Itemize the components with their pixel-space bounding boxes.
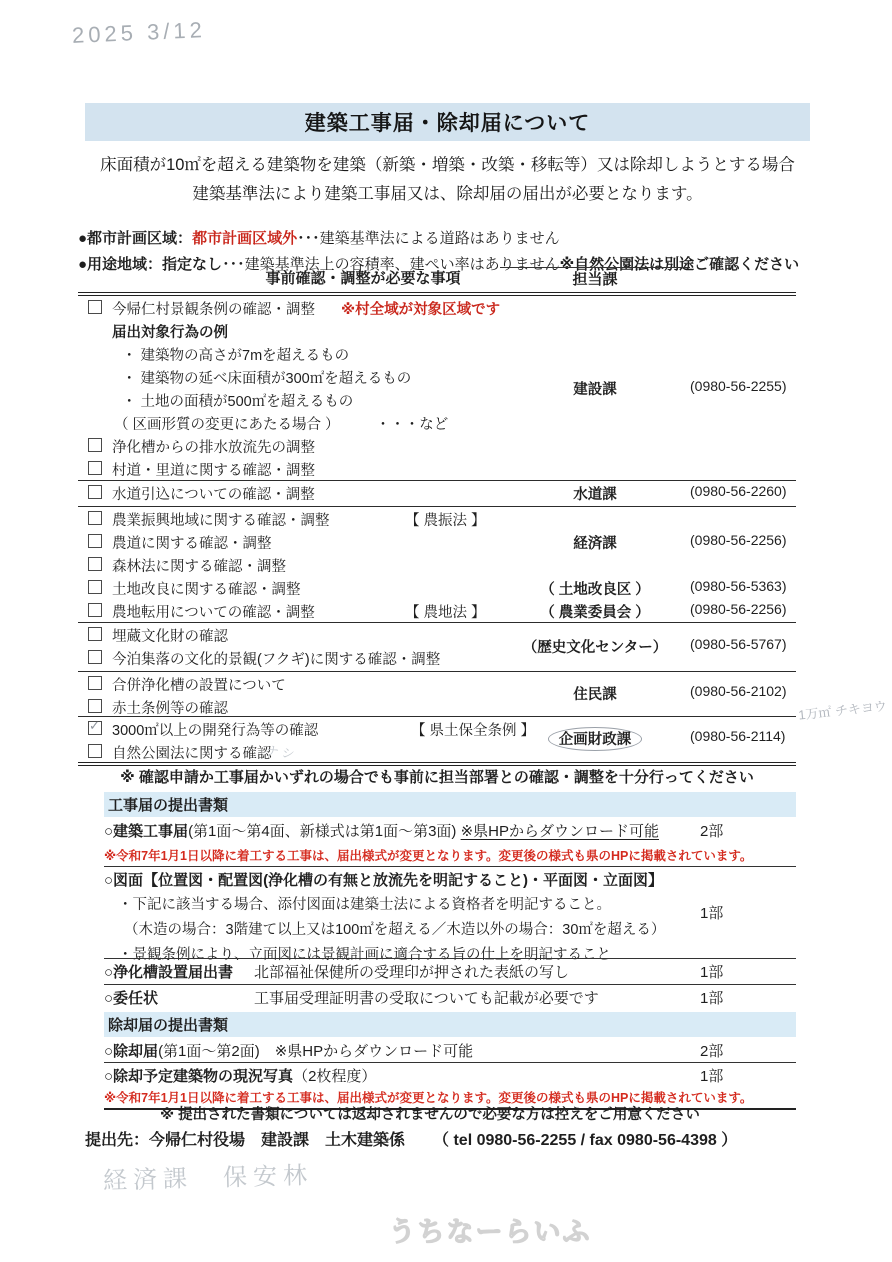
checkbox-empty bbox=[88, 650, 102, 664]
checklist-row: ・ 建築物の高さが7mを超えるもの bbox=[78, 342, 796, 365]
zoning-line-1: ●都市計画区域：都市計画区域外･･･建築基準法による道路はありません bbox=[78, 226, 818, 252]
checklist-section-rekishi: 埋蔵文化財の確認 今泊集落の文化的景観(フクギ)に関する確認・調整 （歴史文化セ… bbox=[78, 622, 796, 671]
title-band: 建築工事届・除却届について bbox=[85, 103, 810, 141]
dept-phone: (0980-56-2102) bbox=[690, 683, 796, 699]
dept-phone: (0980-56-5767) bbox=[690, 636, 796, 652]
dept-phone: (0980-56-2260) bbox=[690, 483, 796, 499]
return-note: ※ 提出された書類については返却されませんので必要な方は控えをご用意ください bbox=[160, 1103, 860, 1124]
divider bbox=[104, 984, 796, 985]
checkbox-empty bbox=[88, 676, 102, 690]
dept-name: （ 土地改良区 ） bbox=[500, 578, 690, 599]
checklist-table: 今帰仁村景観条例の確認・調整※村全域が対象区域です 届出対象行為の例 ・ 建築物… bbox=[78, 296, 796, 766]
checklist-section-kikaku: ✓ 3000㎡以上の開発行為等の確認 【 県土保全条例 】 自然公園法に関する確… bbox=[78, 716, 796, 762]
construction-docs-heading: 工事届の提出書類 bbox=[104, 794, 228, 815]
handwritten-date: 2025 3/12 bbox=[71, 17, 206, 49]
doc-row-zumen: ○図面【位置図・配置図(浄化槽の有無と放流先を明記すること)・平面図・立面図】 … bbox=[104, 869, 796, 964]
checklist-row: 届出対象行為の例 bbox=[78, 319, 796, 342]
checkbox-checked: ✓ bbox=[88, 721, 102, 735]
checklist-row: 水道引込についての確認・調整 水道課 (0980-56-2260) bbox=[78, 481, 796, 504]
dept-name: （ 農業委員会 ） bbox=[500, 601, 690, 622]
checkbox-empty bbox=[88, 461, 102, 475]
checkbox-empty bbox=[88, 699, 102, 713]
checklist-row: 森林法に関する確認・調整 bbox=[78, 553, 796, 576]
handwritten-bottom-note: 経済課 保安林 bbox=[103, 1155, 314, 1195]
dept-name: （歴史文化センター） bbox=[482, 636, 708, 657]
pencil-check: ✓ bbox=[89, 718, 100, 734]
doc-row-koujitodoke: ○建築工事届(第1面～第4面、新様式は第1面～第3面) ※県HPからダウンロード… bbox=[104, 820, 796, 841]
dept-name: 経済課 bbox=[500, 532, 690, 553]
dept-phone: (0980-56-2256) bbox=[690, 532, 796, 548]
checkbox-empty bbox=[88, 557, 102, 571]
checklist-row: 土地改良に関する確認・調整 （ 土地改良区 ） (0980-56-5363) bbox=[78, 576, 796, 599]
page-title: 建築工事届・除却届について bbox=[305, 107, 591, 137]
dept-phone: (0980-56-2255) bbox=[690, 378, 796, 394]
handwritten-side-note: 1万㎡ チキヨウ bbox=[797, 695, 887, 723]
checklist-section-kensetsu: 今帰仁村景観条例の確認・調整※村全域が対象区域です 届出対象行為の例 ・ 建築物… bbox=[78, 296, 796, 480]
divider bbox=[104, 958, 796, 959]
law-reference: 【 農振法 】 bbox=[405, 509, 486, 530]
dept-phone: (0980-56-2256) bbox=[690, 601, 796, 617]
checkbox-empty bbox=[88, 438, 102, 452]
pencil-circle: 企画財政課 bbox=[548, 727, 643, 751]
checkbox-empty bbox=[88, 300, 102, 314]
dept-name: 水道課 bbox=[500, 483, 690, 504]
copies-count: 2部 bbox=[700, 820, 723, 841]
checklist-row: （ 区画形質の変更にあたる場合 ） ・・・など bbox=[78, 411, 796, 434]
checkbox-empty bbox=[88, 627, 102, 641]
checklist-header-items: 事前確認・調整が必要な事項 bbox=[198, 267, 528, 288]
checklist-row: 農地転用についての確認・調整 【 農地法 】 （ 農業委員会 ） (0980-5… bbox=[78, 599, 796, 622]
download-link-text: ※県HPからダウンロード可能 bbox=[461, 823, 659, 840]
doc-row-joukasou: ○浄化槽設置届出書北部福祉保健所の受理印が押された表紙の写し 1部 bbox=[104, 961, 796, 982]
checklist-note: ※ 確認申請か工事届かいずれの場合でも事前に担当部署との確認・調整を十分行ってく… bbox=[78, 766, 796, 787]
dept-name: 住民課 bbox=[500, 683, 690, 704]
checklist-row: 農道に関する確認・調整 経済課 (0980-56-2256) bbox=[78, 530, 796, 553]
copies-count: 1部 bbox=[700, 987, 723, 1008]
checkbox-empty bbox=[88, 534, 102, 548]
doc-row-genkyo-shashin: ○除却予定建築物の現況写真（2枚程度） 1部 bbox=[104, 1065, 796, 1086]
checkbox-empty bbox=[88, 485, 102, 499]
contact-numbers: （ tel 0980-56-2255 / fax 0980-56-4398 ） bbox=[433, 1132, 737, 1149]
scanned-document-page: 2025 3/12 建築工事届・除却届について 床面積が10㎡を超える建築物を建… bbox=[0, 0, 892, 1262]
intro-paragraph: 床面積が10㎡を超える建築物を建築（新築・増築・改築・移転等）又は除却しようとす… bbox=[85, 151, 810, 209]
checklist-row: 村道・里道に関する確認・調整 bbox=[78, 457, 796, 480]
demolition-docs-heading-band: 除却届の提出書類 bbox=[104, 1012, 796, 1037]
dept-phone: (0980-56-5363) bbox=[690, 578, 796, 594]
watermark-logo: うちなーらいふ bbox=[0, 1210, 892, 1249]
checkbox-empty bbox=[88, 580, 102, 594]
intro-line-2: 建築基準法により建築工事届又は、除却届の届出が必要となります。 bbox=[85, 180, 810, 209]
copies-count: 1部 bbox=[700, 1065, 723, 1086]
construction-docs-heading-band: 工事届の提出書類 bbox=[104, 792, 796, 817]
checklist-row: 浄化槽からの排水放流先の調整 bbox=[78, 434, 796, 457]
checklist-row: 農業振興地域に関する確認・調整 【 農振法 】 bbox=[78, 507, 796, 530]
doc-row-ininjo: ○委任状工事届受理証明書の受取についても記載が必要です 1部 bbox=[104, 987, 796, 1008]
dept-name: 建設課 bbox=[500, 378, 690, 399]
checklist-section-keizai: 農業振興地域に関する確認・調整 【 農振法 】 農道に関する確認・調整 経済課 … bbox=[78, 506, 796, 622]
divider bbox=[104, 1062, 796, 1063]
format-change-note: ※令和7年1月1日以降に着工する工事は、届出様式が変更となります。変更後の様式も… bbox=[104, 846, 796, 864]
submission-address: 提出先：今帰仁村役場 建設課 土木建築係（ tel 0980-56-2255 /… bbox=[85, 1127, 737, 1150]
dept-name: 企画財政課 bbox=[500, 727, 690, 751]
checkbox-empty bbox=[88, 744, 102, 758]
copies-count: 2部 bbox=[700, 1040, 723, 1061]
checklist-row: 今帰仁村景観条例の確認・調整※村全域が対象区域です bbox=[78, 296, 796, 319]
checklist-header-dept: 担当課 bbox=[500, 267, 690, 268]
checklist-section-jumin: 合併浄化槽の設置について 赤土条例等の確認 住民課 (0980-56-2102) bbox=[78, 671, 796, 716]
red-note: ※村全域が対象区域です bbox=[341, 302, 500, 318]
law-reference: 【 農地法 】 bbox=[405, 601, 486, 622]
copies-count: 1部 bbox=[700, 961, 723, 982]
checklist-header: 事前確認・調整が必要な事項 担当課 bbox=[78, 264, 796, 296]
demolition-docs-heading: 除却届の提出書類 bbox=[104, 1014, 228, 1035]
copies-count: 1部 bbox=[700, 902, 723, 923]
checkbox-empty bbox=[88, 603, 102, 617]
doc-row-kyakutodoke: ○除却届(第1面～第2面) ※県HPからダウンロード可能 2部 bbox=[104, 1040, 796, 1061]
intro-line-1: 床面積が10㎡を超える建築物を建築（新築・増築・改築・移転等）又は除却しようとす… bbox=[85, 151, 810, 180]
checklist-section-suido: 水道引込についての確認・調整 水道課 (0980-56-2260) bbox=[78, 480, 796, 506]
dept-phone: (0980-56-2114) bbox=[690, 728, 796, 744]
checkbox-empty bbox=[88, 511, 102, 525]
divider bbox=[104, 866, 796, 867]
